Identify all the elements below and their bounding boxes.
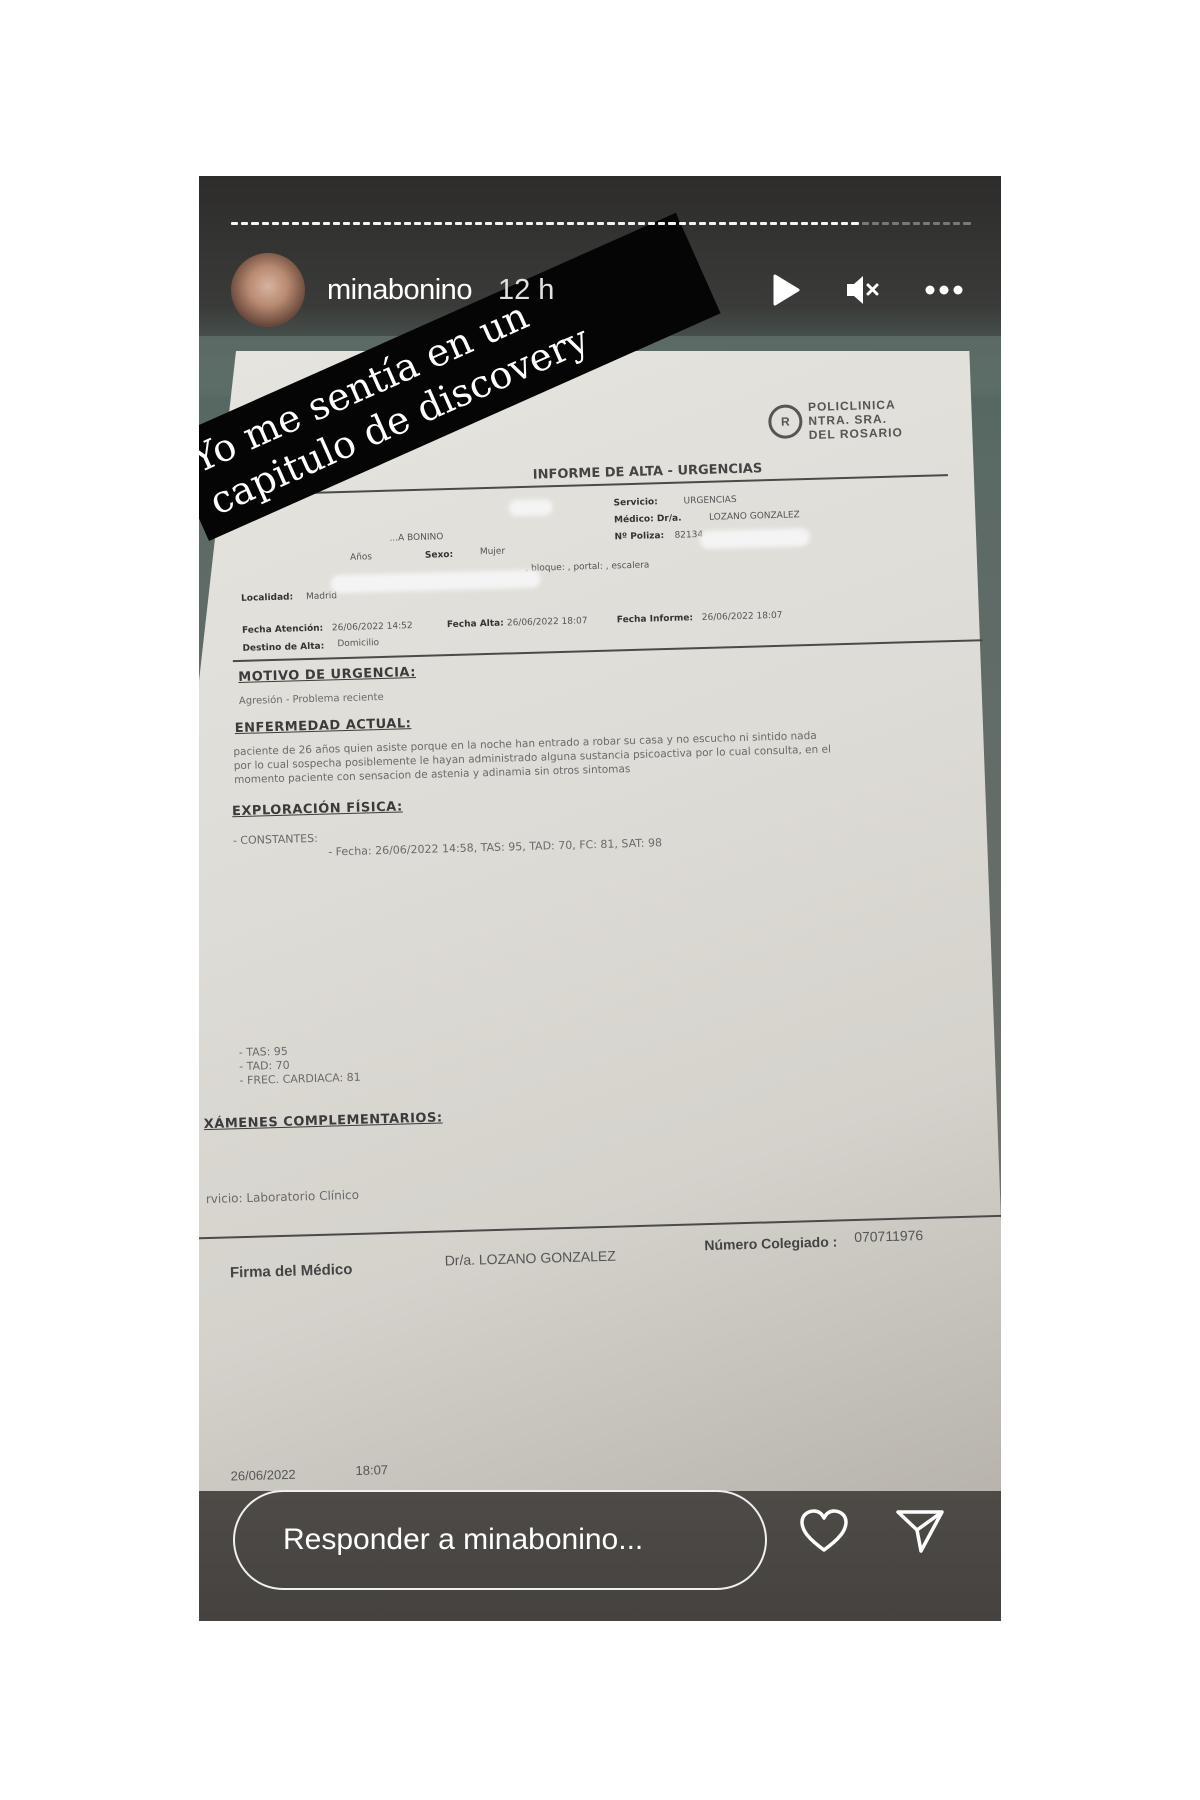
progress-segment xyxy=(424,222,431,225)
progress-segment xyxy=(485,222,492,225)
progress-segment xyxy=(658,222,665,225)
username[interactable]: minabonino xyxy=(327,274,472,307)
progress-segment xyxy=(495,222,502,225)
progress-segment xyxy=(729,222,736,225)
progress-segment xyxy=(872,222,879,225)
progress-segment xyxy=(323,222,330,225)
progress-segment xyxy=(607,222,614,225)
progress-segment xyxy=(679,222,686,225)
progress-segment xyxy=(699,222,706,225)
progress-segment xyxy=(343,222,350,225)
progress-segment xyxy=(770,222,777,225)
progress-segment xyxy=(475,222,482,225)
progress-segment xyxy=(465,222,472,225)
timestamp: 12 h xyxy=(498,274,554,307)
progress-segment xyxy=(760,222,767,225)
progress-segment xyxy=(526,222,533,225)
progress-segment xyxy=(292,222,299,225)
progress-segment xyxy=(668,222,675,225)
progress-segment xyxy=(841,222,848,225)
story-progress-bar xyxy=(231,222,971,225)
avatar[interactable] xyxy=(231,253,305,327)
progress-segment xyxy=(719,222,726,225)
progress-segment xyxy=(933,222,940,225)
progress-segment xyxy=(790,222,797,225)
redaction xyxy=(331,570,541,594)
progress-segment xyxy=(628,222,635,225)
clinic-logo: R POLICLINICA NTRA. SRA. DEL ROSARIO xyxy=(768,397,903,443)
progress-segment xyxy=(516,222,523,225)
progress-segment xyxy=(923,222,930,225)
progress-segment xyxy=(862,222,869,225)
progress-segment xyxy=(363,222,370,225)
progress-segment xyxy=(373,222,380,225)
progress-segment xyxy=(557,222,564,225)
progress-segment xyxy=(506,222,513,225)
reply-input[interactable]: Responder a minabonino... xyxy=(233,1490,767,1590)
progress-segment xyxy=(262,222,269,225)
progress-segment xyxy=(587,222,594,225)
send-icon[interactable] xyxy=(895,1508,945,1554)
heart-icon[interactable] xyxy=(799,1508,849,1554)
progress-segment xyxy=(780,222,787,225)
progress-segment xyxy=(455,222,462,225)
progress-segment xyxy=(312,222,319,225)
progress-segment xyxy=(445,222,452,225)
progress-segment xyxy=(282,222,289,225)
progress-segment xyxy=(241,222,248,225)
progress-segment xyxy=(943,222,950,225)
progress-segment xyxy=(831,222,838,225)
progress-segment xyxy=(577,222,584,225)
redaction xyxy=(508,499,552,516)
progress-segment xyxy=(709,222,716,225)
progress-segment xyxy=(801,222,808,225)
progress-segment xyxy=(384,222,391,225)
progress-segment xyxy=(902,222,909,225)
progress-segment xyxy=(394,222,401,225)
progress-segment xyxy=(434,222,441,225)
clinic-logo-icon: R xyxy=(768,404,803,439)
progress-segment xyxy=(892,222,899,225)
progress-segment xyxy=(618,222,625,225)
progress-segment xyxy=(414,222,421,225)
progress-segment xyxy=(953,222,960,225)
progress-segment xyxy=(404,222,411,225)
progress-segment xyxy=(963,222,970,225)
progress-segment xyxy=(567,222,574,225)
progress-segment xyxy=(821,222,828,225)
reply-placeholder: Responder a minabonino... xyxy=(283,1523,643,1557)
play-icon[interactable] xyxy=(771,273,801,307)
progress-segment xyxy=(536,222,543,225)
more-icon[interactable] xyxy=(925,285,963,295)
progress-segment xyxy=(638,222,645,225)
progress-segment xyxy=(333,222,340,225)
progress-segment xyxy=(546,222,553,225)
mute-icon[interactable] xyxy=(845,273,881,307)
progress-segment xyxy=(851,222,858,225)
progress-segment xyxy=(302,222,309,225)
progress-segment xyxy=(913,222,920,225)
story-header: minabonino 12 h xyxy=(231,252,971,328)
story-viewer[interactable]: R POLICLINICA NTRA. SRA. DEL ROSARIO INF… xyxy=(199,176,1001,1621)
progress-segment xyxy=(750,222,757,225)
progress-segment xyxy=(740,222,747,225)
progress-segment xyxy=(689,222,696,225)
progress-segment xyxy=(811,222,818,225)
progress-segment xyxy=(272,222,279,225)
progress-segment xyxy=(882,222,889,225)
progress-segment xyxy=(597,222,604,225)
progress-segment xyxy=(231,222,238,225)
redaction xyxy=(699,528,809,549)
progress-segment xyxy=(251,222,258,225)
progress-segment xyxy=(648,222,655,225)
progress-segment xyxy=(353,222,360,225)
